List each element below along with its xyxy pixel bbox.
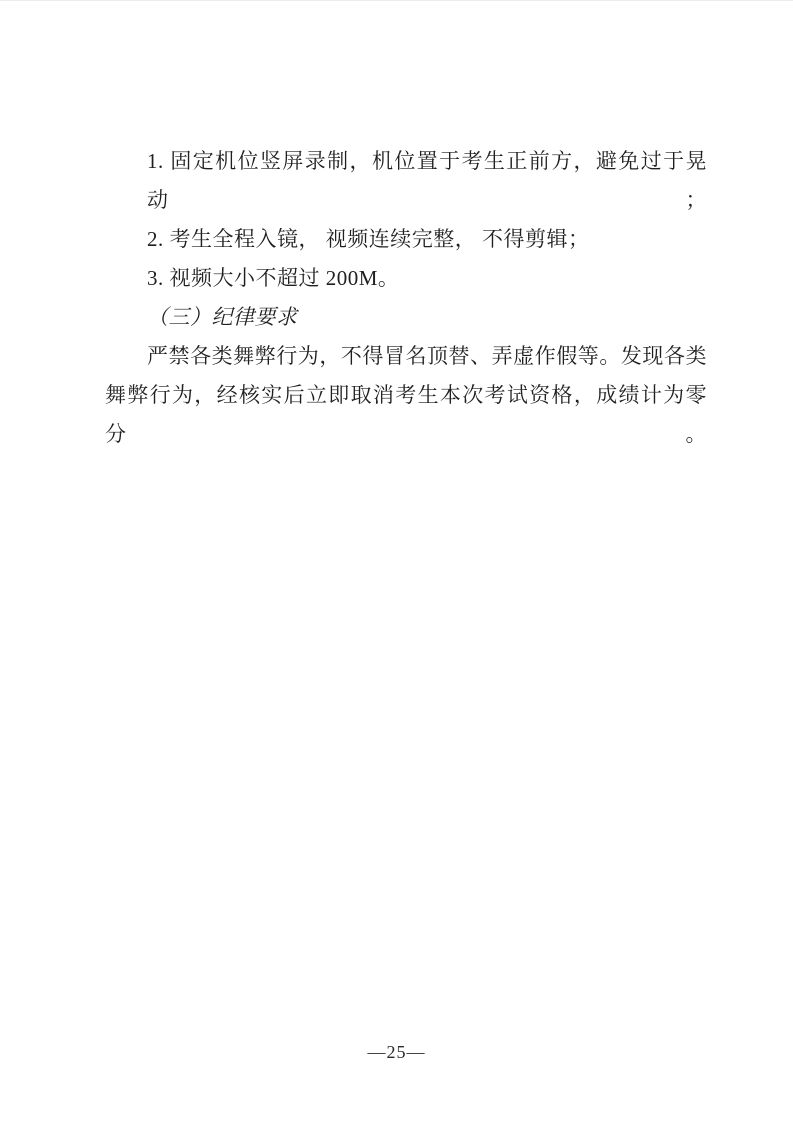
document-page: { "page": { "background": "#ffffff", "te… [0, 0, 793, 1122]
section-heading: （三）纪律要求 [105, 298, 707, 337]
body-line: 3. 视频大小不超过 200M。 [105, 259, 707, 298]
document-body: 1. 固定机位竖屏录制，机位置于考生正前方，避免过于晃动； 2. 考生全程入镜，… [105, 142, 707, 454]
body-line: 严禁各类舞弊行为，不得冒名顶替、弄虚作假等。发现各类 [105, 337, 707, 376]
body-line: 1. 固定机位竖屏录制，机位置于考生正前方，避免过于晃动； [105, 142, 707, 220]
body-line: 2. 考生全程入镜， 视频连续完整， 不得剪辑； [105, 220, 707, 259]
page-number: —25— [0, 1039, 793, 1065]
body-line: 舞弊行为，经核实后立即取消考生本次考试资格，成绩计为零分。 [105, 376, 707, 454]
